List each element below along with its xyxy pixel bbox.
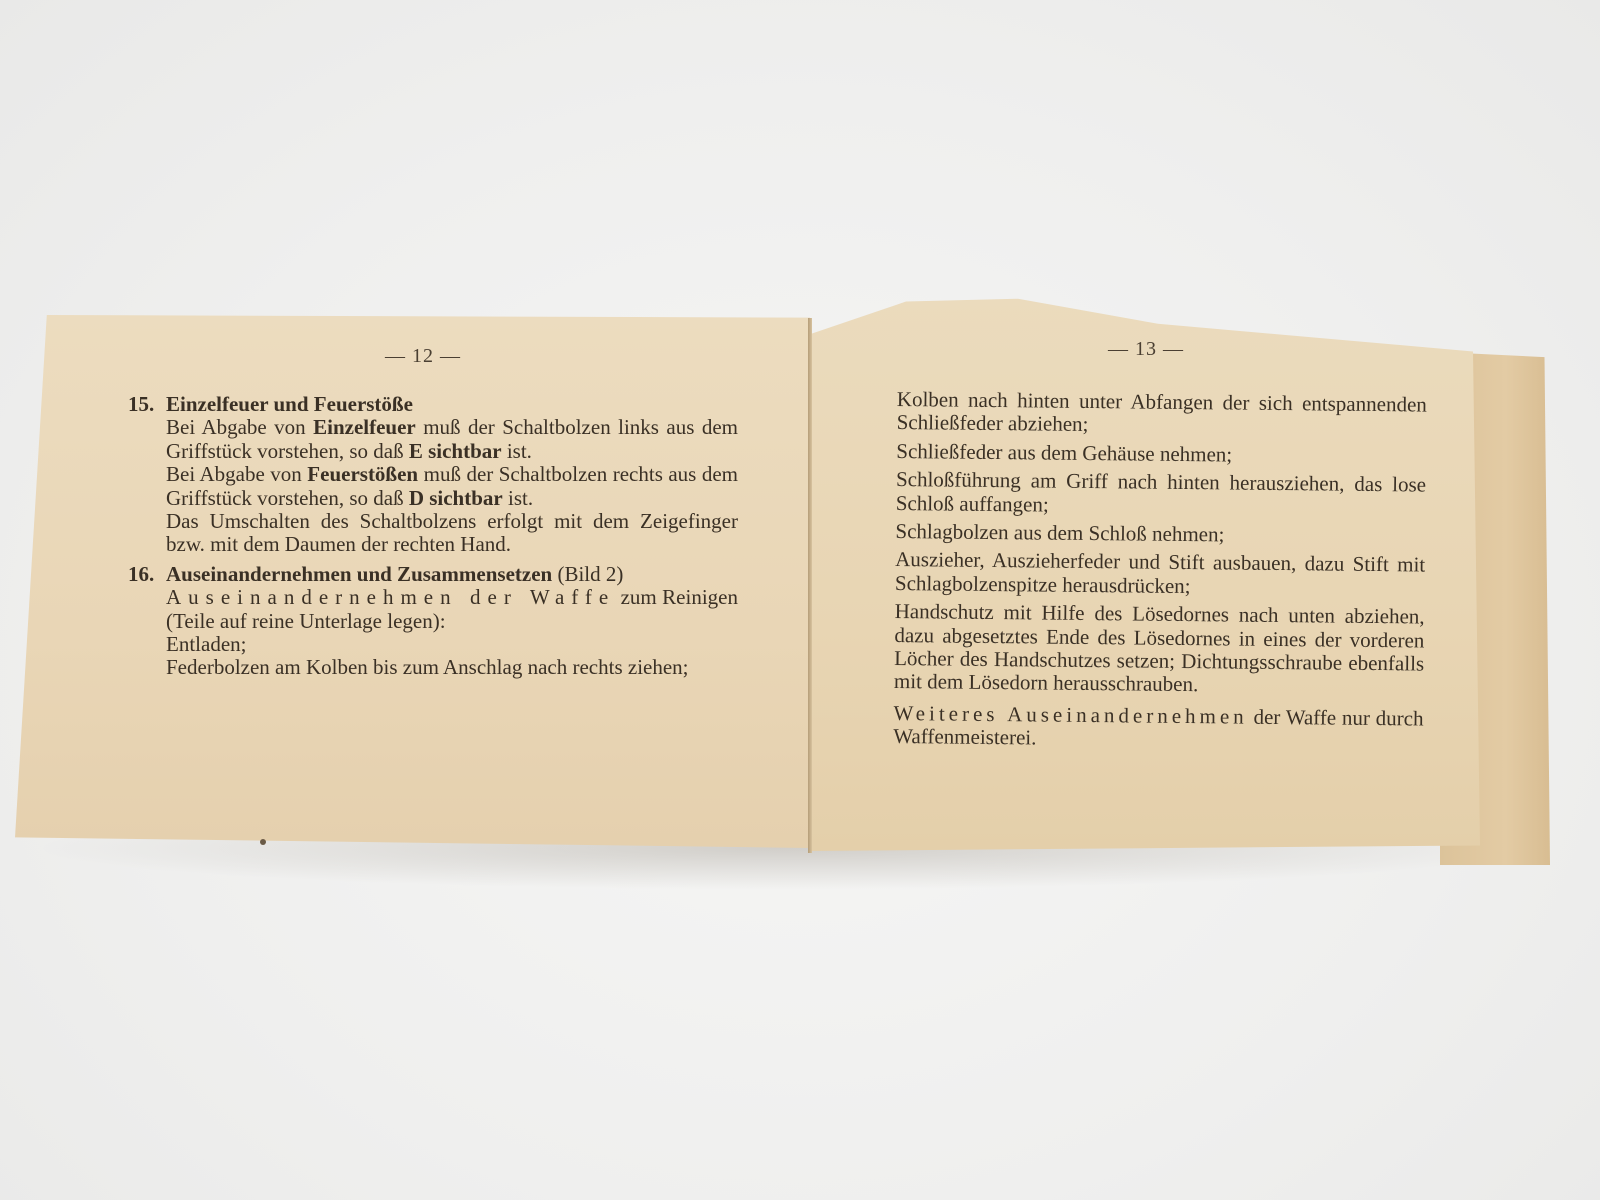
section-title: Einzelfeuer und Feuerstöße xyxy=(166,393,413,416)
paragraph: Bei Abgabe von Feuerstößen muß der Schal… xyxy=(128,463,738,510)
paragraph: Kolben nach hinten unter Abfangen der si… xyxy=(897,388,1427,440)
text-run: der Waffe nur durch xyxy=(1248,705,1424,731)
paragraph: Auszieher, Auszieherfeder und Stift ausb… xyxy=(895,548,1425,600)
paragraph: Schloßführung am Griff nach hinten herau… xyxy=(896,468,1426,520)
right-page-text: Kolben nach hinten unter Abfangen der si… xyxy=(893,388,1427,759)
paragraph: Schließfeder aus dem Gehäuse nehmen; xyxy=(896,440,1426,469)
paragraph: Auseinandernehmen der Waffe zum Reinigen… xyxy=(128,586,738,633)
text-run: Bei Abgabe von xyxy=(166,462,307,486)
bold-term: D sichtbar xyxy=(409,486,503,510)
section-15: 15. Einzelfeuer und Feuerstöße Bei Abgab… xyxy=(128,393,738,557)
section-title: Auseinandernehmen und Zusammensetzen (Bi… xyxy=(166,563,623,586)
paper-speck xyxy=(260,839,266,845)
section-title-text: Auseinandernehmen und Zusammensetzen xyxy=(166,562,552,586)
left-page-text: 15. Einzelfeuer und Feuerstöße Bei Abgab… xyxy=(128,393,738,686)
paragraph: Entladen; xyxy=(128,633,738,656)
page-number-left: — 12 — xyxy=(385,345,461,368)
text-run: Das Umschalten des Schaltbolzens erfolgt… xyxy=(166,509,738,556)
bold-term: Feuerstößen xyxy=(307,462,418,486)
spaced-heading: Auseinandernehmen der Waffe xyxy=(166,585,615,609)
text-run: Waffenmeisterei. xyxy=(893,724,1036,749)
paragraph: Handschutz mit Hilfe des Lösedornes nach… xyxy=(894,600,1425,699)
paragraph: Federbolzen am Kolben bis zum Anschlag n… xyxy=(128,656,738,679)
paragraph: Bei Abgabe von Einzelfeuer muß der Schal… xyxy=(128,416,738,463)
photo-scene: — 12 — — 13 — 15. Einzelfeuer und Feuers… xyxy=(0,0,1600,1200)
bold-term: Einzelfeuer xyxy=(313,415,416,439)
closing-paragraph: Weiteres Auseinandernehmen der Waffe nur… xyxy=(893,702,1423,754)
figure-reference: (Bild 2) xyxy=(557,562,623,586)
paragraph: Das Umschalten des Schaltbolzens erfolgt… xyxy=(128,510,738,557)
section-number: 16. xyxy=(128,563,166,586)
book-spine xyxy=(808,318,812,853)
text-run: ist. xyxy=(503,486,533,510)
page-number-right: — 13 — xyxy=(1108,338,1184,361)
text-run: Bei Abgabe von xyxy=(166,415,313,439)
text-run: ist. xyxy=(502,439,532,463)
bold-term: E sichtbar xyxy=(409,439,502,463)
section-number: 15. xyxy=(128,393,166,416)
paragraph: Schlagbolzen aus dem Schloß nehmen; xyxy=(895,520,1425,549)
section-16: 16. Auseinandernehmen und Zusammensetzen… xyxy=(128,563,738,680)
